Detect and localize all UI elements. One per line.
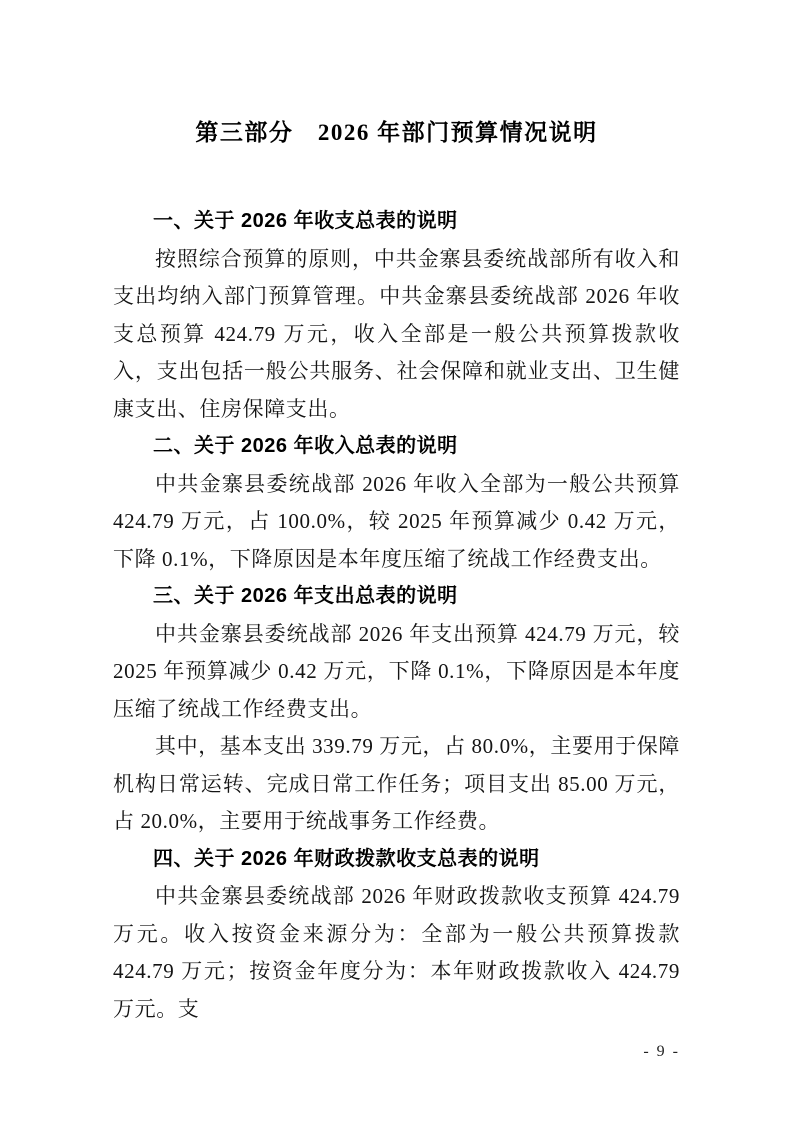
section-income-expenditure-summary: 一、关于 2026 年收支总表的说明 按照综合预算的原则，中共金寨县委统战部所有…	[113, 203, 680, 428]
section-3-paragraph-2: 其中，基本支出 339.79 万元，占 80.0%，主要用于保障机构日常运转、完…	[113, 728, 680, 841]
section-heading-2: 二、关于 2026 年收入总表的说明	[113, 428, 680, 466]
document-page: 第三部分 2026 年部门预算情况说明 一、关于 2026 年收支总表的说明 按…	[0, 0, 793, 1122]
section-fiscal-appropriation-summary: 四、关于 2026 年财政拨款收支总表的说明 中共金寨县委统战部 2026 年财…	[113, 841, 680, 1029]
section-heading-4: 四、关于 2026 年财政拨款收支总表的说明	[113, 841, 680, 879]
section-expenditure-summary: 三、关于 2026 年支出总表的说明 中共金寨县委统战部 2026 年支出预算 …	[113, 578, 680, 841]
page-number: - 9 -	[643, 1040, 680, 1064]
page-title: 第三部分 2026 年部门预算情况说明	[113, 112, 680, 153]
section-heading-3: 三、关于 2026 年支出总表的说明	[113, 578, 680, 616]
section-1-paragraph-1: 按照综合预算的原则，中共金寨县委统战部所有收入和支出均纳入部门预算管理。中共金寨…	[113, 241, 680, 429]
section-2-paragraph-1: 中共金寨县委统战部 2026 年收入全部为一般公共预算 424.79 万元，占 …	[113, 466, 680, 579]
section-3-paragraph-1: 中共金寨县委统战部 2026 年支出预算 424.79 万元，较 2025 年预…	[113, 616, 680, 729]
section-4-paragraph-1: 中共金寨县委统战部 2026 年财政拨款收支预算 424.79 万元。收入按资金…	[113, 878, 680, 1028]
section-income-summary: 二、关于 2026 年收入总表的说明 中共金寨县委统战部 2026 年收入全部为…	[113, 428, 680, 578]
section-heading-1: 一、关于 2026 年收支总表的说明	[113, 203, 680, 241]
